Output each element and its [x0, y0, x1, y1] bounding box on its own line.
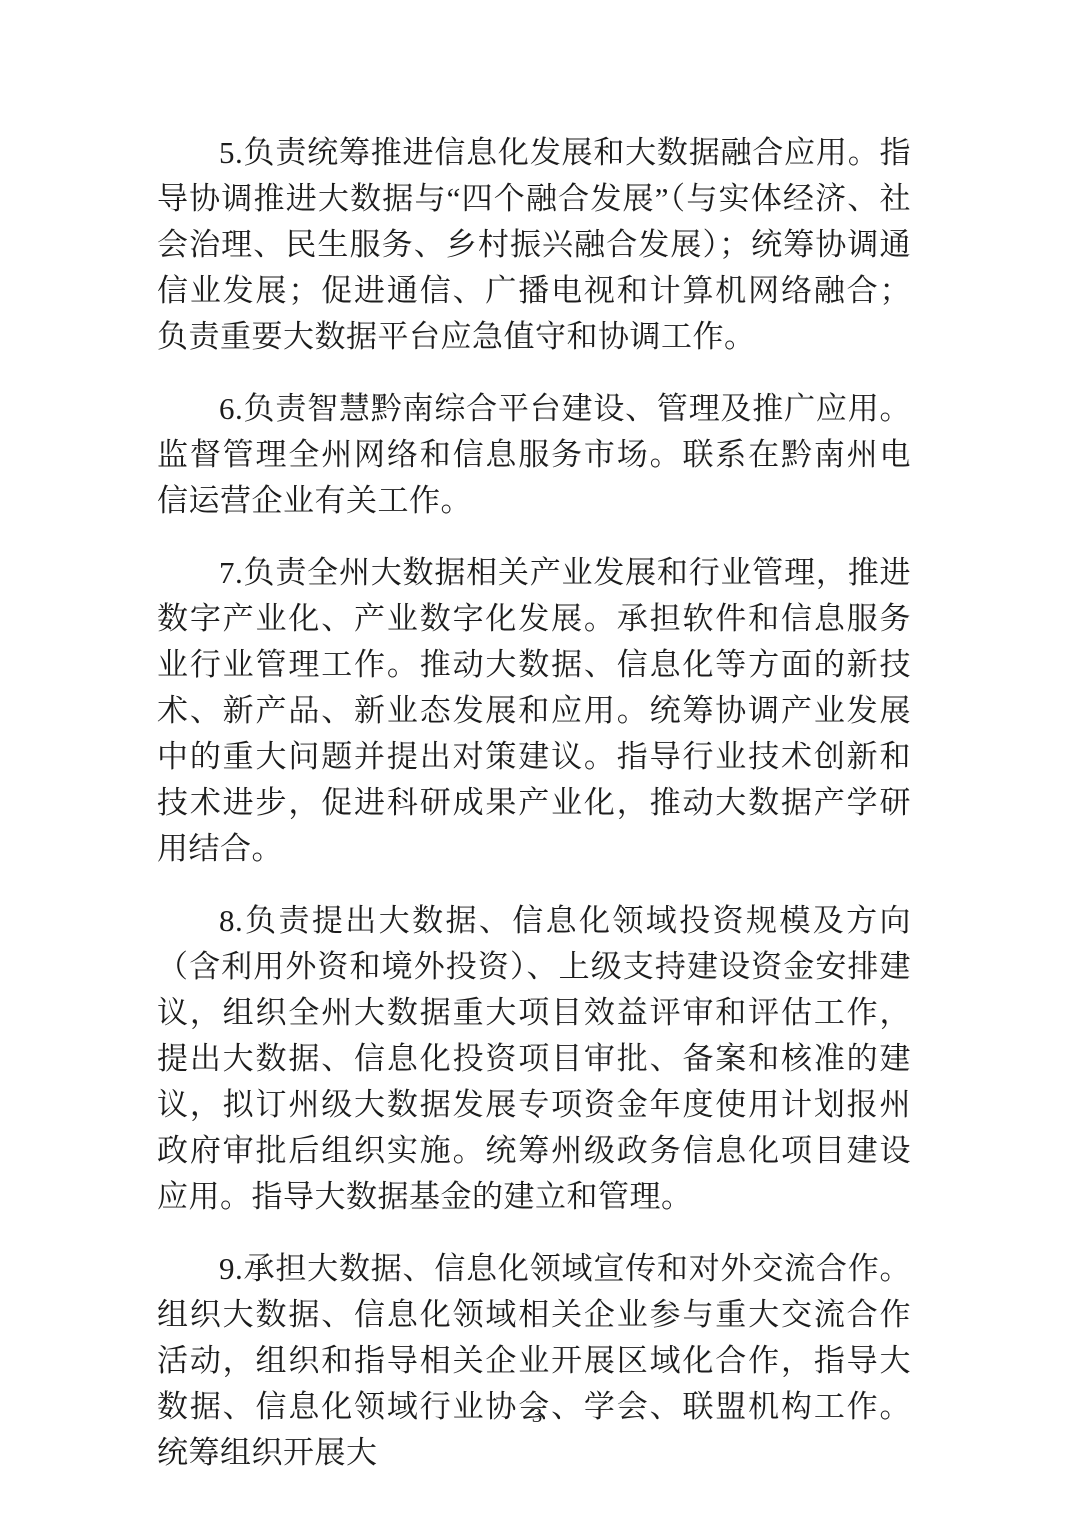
page-number: 3: [0, 1402, 1074, 1428]
paragraph-6: 6.负责智慧黔南综合平台建设、管理及推广应用。监督管理全州网络和信息服务市场。联…: [157, 386, 911, 524]
paragraph-9: 9.承担大数据、信息化领域宣传和对外交流合作。组织大数据、信息化领域相关企业参与…: [157, 1246, 911, 1476]
paragraph-8: 8.负责提出大数据、信息化领域投资规模及方向（含利用外资和境外投资）、上级支持建…: [157, 898, 911, 1220]
paragraph-7: 7.负责全州大数据相关产业发展和行业管理，推进数字产业化、产业数字化发展。承担软…: [157, 550, 911, 872]
document-page: 5.负责统筹推进信息化发展和大数据融合应用。指导协调推进大数据与“四个融合发展”…: [0, 0, 1074, 1520]
paragraph-5: 5.负责统筹推进信息化发展和大数据融合应用。指导协调推进大数据与“四个融合发展”…: [157, 130, 911, 360]
document-body: 5.负责统筹推进信息化发展和大数据融合应用。指导协调推进大数据与“四个融合发展”…: [157, 130, 911, 1502]
